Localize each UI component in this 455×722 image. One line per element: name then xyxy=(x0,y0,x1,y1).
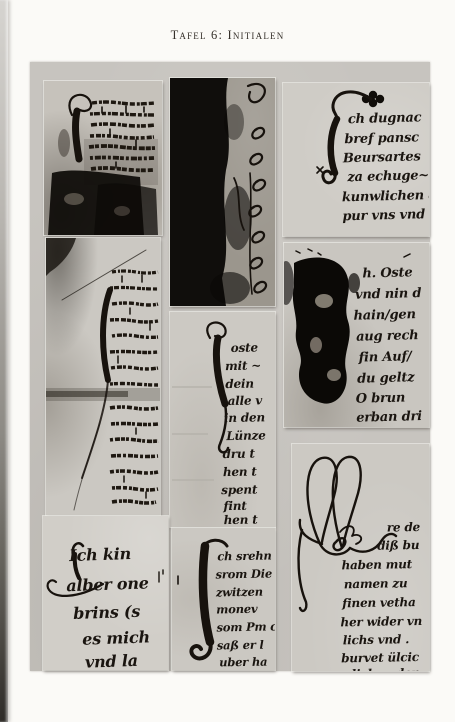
script-line: namen zu xyxy=(344,576,408,591)
script-line: spent xyxy=(221,483,258,498)
manuscript-fragment-middle-right: h. Oste vnd nin d hain/gen aug rech fin … xyxy=(284,243,429,427)
fragment-illustration: ch srehn srom Die zwitzen monev som Pm c… xyxy=(172,528,275,670)
script-line: h. Oste xyxy=(362,265,412,281)
script-lines: Ich kin alber one brins (s es mich vnd l… xyxy=(65,543,152,670)
script-lines: ch srehn srom Die zwitzen monev som Pm c… xyxy=(214,548,275,669)
gothic-text-column xyxy=(110,271,158,503)
script-line: alber one xyxy=(66,573,149,595)
manuscript-fragment-top-left xyxy=(44,81,162,235)
script-line: dru t xyxy=(222,447,255,462)
script-line: uber ha xyxy=(219,655,267,670)
script-line: hen t xyxy=(223,465,258,480)
script-line: ch srehn xyxy=(217,548,272,563)
page-title: Tafel 6: Initialen xyxy=(0,28,455,43)
script-line: re de xyxy=(387,520,421,535)
script-line: srom Die xyxy=(215,566,272,581)
script-line: es mich xyxy=(82,627,150,648)
script-line: dein xyxy=(225,377,254,391)
script-line: brins (s xyxy=(73,602,141,623)
script-line: monev xyxy=(216,602,258,617)
script-line: kunwlichen a xyxy=(342,188,429,205)
script-line: oste xyxy=(231,340,259,354)
script-line: lichs vnd . xyxy=(343,632,410,647)
script-line: Ich kin xyxy=(68,544,131,565)
manuscript-fragment-bottom-center: ch srehn srom Die zwitzen monev som Pm c… xyxy=(172,528,275,670)
script-line: fint xyxy=(222,499,247,513)
plate-photo-collage: ch dugnac bref pansc Beursartes za echug… xyxy=(30,62,430,671)
script-lines: h. Oste vnd nin d hain/gen aug rech fin … xyxy=(352,265,425,426)
crease-lines xyxy=(172,387,214,480)
manuscript-fragment-bottom-right: re de diß bu haben mut namen zu finen ve… xyxy=(292,444,429,671)
fragment-illustration: ch dugnac bref pansc Beursartes za echug… xyxy=(283,83,429,236)
script-line: hain/gen xyxy=(353,307,416,324)
script-line: saß er l xyxy=(217,638,265,653)
script-lines: re de diß bu haben mut namen zu finen ve… xyxy=(339,520,424,671)
manuscript-fragment-top-middle xyxy=(170,78,275,306)
fragment-illustration: oste mit ~ dein alle v in den Lünze dru … xyxy=(170,312,275,527)
script-line: vnd la xyxy=(85,651,139,670)
book-gutter-shadow xyxy=(0,0,8,722)
book-page: Tafel 6: Initialen xyxy=(0,0,455,722)
manuscript-fragment-middle-center: oste mit ~ dein alle v in den Lünze dru … xyxy=(170,312,275,527)
manuscript-fragment-bottom-left: Ich kin alber one brins (s es mich vnd l… xyxy=(43,516,168,670)
script-line: her wider vn xyxy=(340,614,422,629)
fragment-illustration: re de diß bu haben mut namen zu finen ve… xyxy=(292,444,429,671)
script-line: haben mut xyxy=(341,557,412,572)
script-line: du geltz xyxy=(357,370,415,387)
script-line: mit ~ xyxy=(225,358,261,373)
fragment-illustration xyxy=(44,81,162,235)
script-line: alle v xyxy=(228,393,264,408)
script-line: bref pansc xyxy=(344,130,419,147)
script-line: Lünze xyxy=(225,428,266,443)
manuscript-fragment-top-right: ch dugnac bref pansc Beursartes za echug… xyxy=(283,83,429,236)
fragment-illustration xyxy=(170,78,275,306)
script-line: in den xyxy=(224,410,265,425)
creases-and-stains xyxy=(46,238,160,510)
fragment-illustration xyxy=(46,238,160,515)
script-line: diß bu xyxy=(377,538,420,553)
script-line: hen t xyxy=(224,513,259,527)
script-line: burvet ülcic xyxy=(341,650,420,665)
black-stain-mass xyxy=(170,78,252,306)
script-line: som Pm c xyxy=(216,619,275,634)
script-line: vnd nin d xyxy=(355,286,422,303)
script-line: fin Auf/ xyxy=(357,349,413,365)
fragment-illustration: h. Oste vnd nin d hain/gen aug rech fin … xyxy=(284,243,429,427)
script-line: aug rech xyxy=(356,328,419,345)
script-lines: ch dugnac bref pansc Beursartes za echug… xyxy=(340,110,429,224)
script-line: za echuge~ xyxy=(346,168,429,185)
script-line: erban dri xyxy=(356,409,422,426)
fragment-illustration: Ich kin alber one brins (s es mich vnd l… xyxy=(43,516,168,670)
script-line: O brun xyxy=(356,390,406,406)
initial-long-tail xyxy=(82,290,110,478)
script-line: finen vetha xyxy=(341,595,416,610)
script-line: glichen der xyxy=(343,666,419,671)
script-lines: oste mit ~ dein alle v in den Lünze dru … xyxy=(219,340,268,527)
script-line: zwitzen xyxy=(215,585,263,600)
manuscript-fragment-middle-left xyxy=(46,238,160,515)
script-line: Beursartes xyxy=(342,149,422,166)
script-line: pur vns vnd xyxy=(342,207,425,224)
script-line: ch dugnac xyxy=(348,110,422,127)
